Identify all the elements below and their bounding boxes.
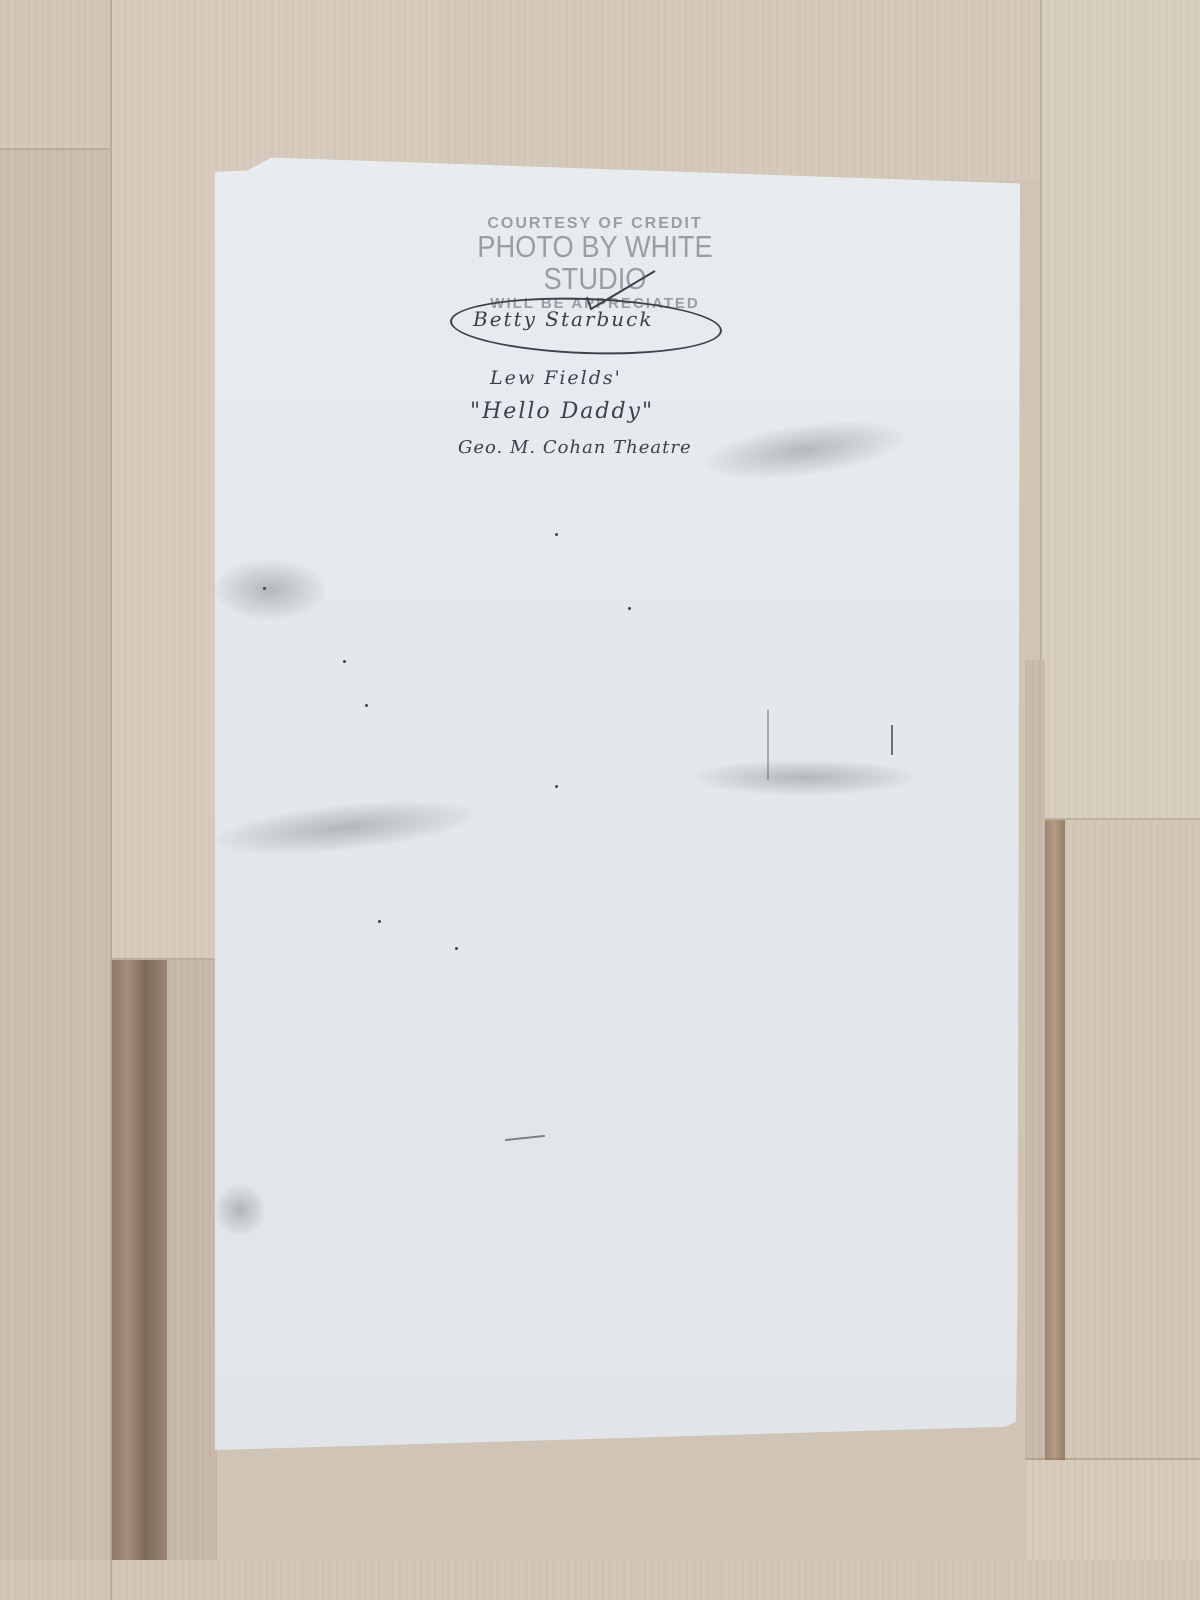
crease-mark	[891, 725, 893, 755]
scratch-mark	[505, 1135, 545, 1141]
wood-plank	[1045, 820, 1200, 1460]
wood-plank	[440, 0, 1040, 180]
wood-seam	[112, 958, 217, 960]
smudge	[213, 792, 476, 864]
smudge	[215, 560, 325, 620]
speck	[365, 704, 368, 707]
speck	[555, 533, 558, 536]
handwritten-theatre: Geo. M. Cohan Theatre	[458, 437, 692, 458]
crease-mark	[767, 710, 769, 780]
wood-plank	[0, 0, 110, 150]
wood-seam	[110, 0, 112, 1600]
smudge	[702, 411, 907, 488]
wood-plank-dark	[112, 960, 167, 1560]
wood-plank	[1040, 0, 1200, 820]
speck	[455, 947, 458, 950]
smudge	[695, 760, 915, 795]
speck	[555, 785, 558, 788]
wood-plank-dark	[1045, 820, 1065, 1460]
wood-plank	[167, 960, 217, 1560]
speck	[343, 660, 346, 663]
wood-plank	[0, 150, 112, 1600]
smudge	[215, 1185, 265, 1235]
wood-seam	[1045, 818, 1200, 820]
wood-plank	[0, 1560, 1200, 1600]
wood-seam	[1040, 0, 1042, 660]
speck	[263, 587, 266, 590]
wood-seam	[0, 148, 110, 150]
handwritten-producer: Lew Fields'	[490, 367, 622, 389]
handwritten-show-title: "Hello Daddy"	[470, 399, 654, 424]
wood-plank	[1025, 1460, 1200, 1560]
photo-back-paper: COURTESY OF CREDIT PHOTO BY WHITE STUDIO…	[215, 155, 1020, 1450]
speck	[628, 607, 631, 610]
speck	[378, 920, 381, 923]
subject-name: Betty Starbuck	[473, 307, 654, 331]
wood-seam	[1025, 1458, 1200, 1460]
wood-plank	[1025, 660, 1045, 1460]
